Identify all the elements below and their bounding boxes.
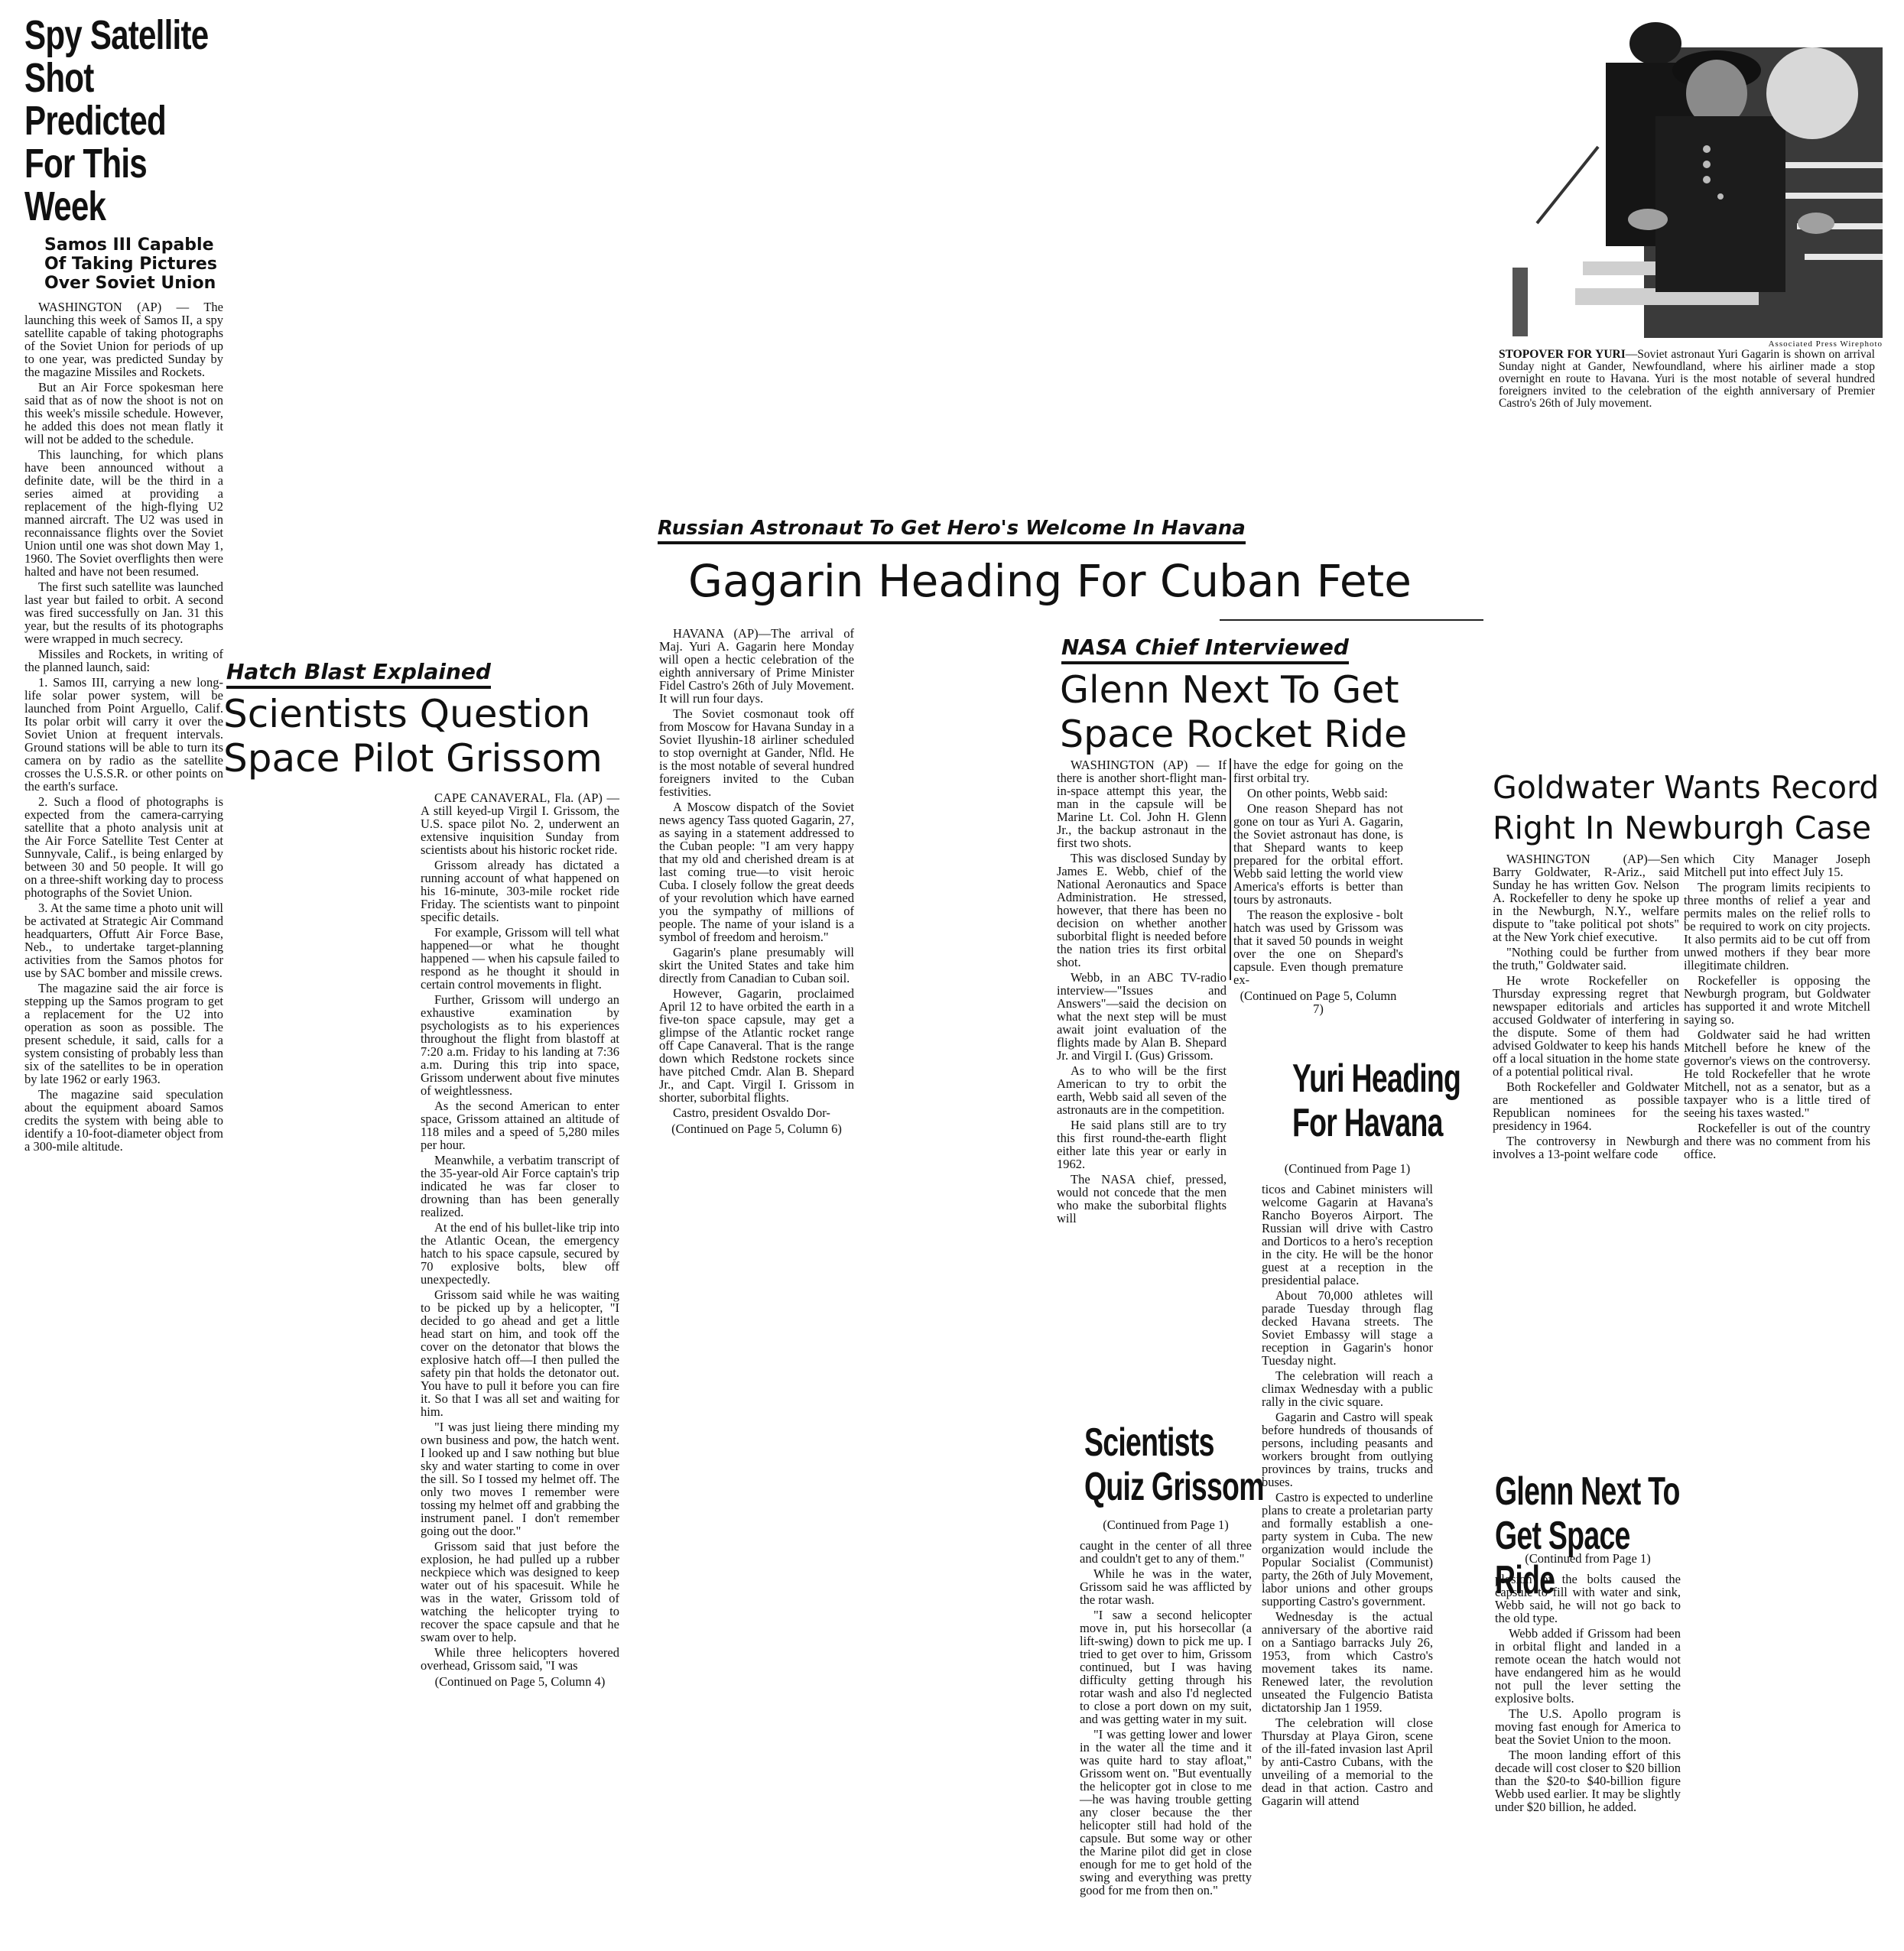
paragraph: At the end of his bullet-like trip into … — [421, 1221, 619, 1286]
paragraph: "I was getting lower and lower in the wa… — [1080, 1728, 1252, 1897]
headline-line: Yuri Heading — [1292, 1057, 1480, 1101]
paragraph: The moon landing effort of this decade w… — [1495, 1748, 1681, 1813]
article-glenn-headline: Glenn Next To Get Space Rocket Ride — [1060, 668, 1407, 757]
headline-line: Scientists Question — [223, 692, 603, 736]
paragraph: While he was in the water, Grissom said … — [1080, 1567, 1252, 1606]
headline-line: Quiz Grissom — [1084, 1465, 1272, 1509]
paragraph: The first such satellite was launched la… — [24, 580, 223, 645]
paragraph: "I was just lieing there minding my own … — [421, 1420, 619, 1537]
continued-from-line: (Continued from Page 1) — [1080, 1518, 1252, 1531]
paragraph: "Nothing could be further from the truth… — [1493, 946, 1679, 972]
paragraph: Rockefeller is out of the country and th… — [1684, 1122, 1870, 1161]
continued-line: (Continued on Page 5, Column 7) — [1233, 989, 1403, 1015]
paragraph: Wednesday is the actual anniversary of t… — [1262, 1610, 1433, 1714]
photo-image — [1506, 9, 1883, 338]
continued-line: (Continued on Page 5, Column 4) — [421, 1675, 619, 1688]
photo-gagarin-stairs — [1506, 9, 1883, 338]
paragraph: Castro, president Osvaldo Dor- — [659, 1106, 854, 1119]
headline-line: For Havana — [1292, 1101, 1480, 1145]
paragraph: Webb added if Grissom had been in orbita… — [1495, 1627, 1681, 1705]
paragraph: Missiles and Rockets, in writing of the … — [24, 648, 223, 674]
article-goldwater-headline: Goldwater Wants Record Right In Newburgh… — [1493, 768, 1879, 849]
photo-caption: STOPOVER FOR YURI—Soviet astronaut Yuri … — [1499, 349, 1875, 410]
headline: Spy Satellite Shot Predicted For This We… — [24, 14, 227, 228]
paragraph: WASHINGTON (AP)—Sen Barry Goldwater, R-A… — [1493, 852, 1679, 943]
headline-line: Goldwater Wants Record — [1493, 768, 1879, 808]
paragraph: Gagarin's plane presumably will skirt th… — [659, 946, 854, 985]
paragraph: While three helicopters hovered overhead… — [421, 1646, 619, 1672]
article-grissom-headline: Scientists Question Space Pilot Grissom — [223, 692, 603, 781]
article-quiz-headline: Scientists Quiz Grissom — [1084, 1420, 1272, 1509]
paragraph: A Moscow dispatch of the Soviet news age… — [659, 800, 854, 943]
paragraph: The celebration will close Thursday at P… — [1262, 1716, 1433, 1807]
paragraph: 3. At the same time a photo unit will be… — [24, 901, 223, 979]
subhead: Samos III Capable Of Taking Pictures Ove… — [44, 235, 223, 293]
headline-line: Right In Newburgh Case — [1493, 808, 1879, 849]
paragraph: This was disclosed Sunday by James E. We… — [1057, 852, 1227, 969]
subhead-line: Of Taking Pictures — [44, 255, 223, 274]
article-glenn-col1: WASHINGTON (AP) — If there is another sh… — [1057, 758, 1227, 1227]
photo-block: Associated Press Wirephoto STOPOVER FOR … — [1491, 9, 1900, 410]
subhead-line: Samos III Capable — [44, 235, 223, 255]
article-goldwater-col2: which City Manager Joseph Mitchell put i… — [1684, 852, 1870, 1163]
paragraph: 2. Such a flood of photographs is expect… — [24, 795, 223, 899]
article-quiz-body: (Continued from Page 1) caught in the ce… — [1080, 1518, 1252, 1899]
article-body: WASHINGTON (AP) — The launching this wee… — [24, 300, 223, 1153]
paragraph: WASHINGTON (AP) — If there is another sh… — [1057, 758, 1227, 849]
paragraph: Grissom already has dictated a running a… — [421, 859, 619, 924]
kicker: Hatch Blast Explained — [226, 659, 491, 689]
article-glenn-col2: have the edge for going on the first orb… — [1233, 758, 1403, 1015]
paragraph: HAVANA (AP)—The arrival of Maj. Yuri A. … — [659, 627, 854, 705]
paragraph: Meanwhile, a verbatim transcript of the … — [421, 1154, 619, 1219]
article-gagarin-body: HAVANA (AP)—The arrival of Maj. Yuri A. … — [659, 627, 854, 1135]
article-yuri-body: (Continued from Page 1) ticos and Cabine… — [1262, 1162, 1433, 1810]
headline-line: Space Rocket Ride — [1060, 713, 1407, 757]
headline-line: Spy Satellite — [24, 14, 227, 57]
paragraph: Goldwater said he had written Mitchell b… — [1684, 1028, 1870, 1119]
paragraph: CAPE CANAVERAL, Fla. (AP) —A still keyed… — [421, 791, 619, 856]
article-grissom-kicker: Hatch Blast Explained — [226, 659, 491, 689]
article-glenn-kicker: NASA Chief Interviewed — [1061, 635, 1349, 664]
kicker: Russian Astronaut To Get Hero's Welcome … — [658, 517, 1246, 544]
caption-lead: STOPOVER FOR YURI — [1499, 348, 1626, 361]
article-glenn-cont-body: (Continued from Page 1) plosion of the b… — [1495, 1552, 1681, 1816]
paragraph: have the edge for going on the first orb… — [1233, 758, 1403, 784]
paragraph: Both Rockefeller and Goldwater are menti… — [1493, 1080, 1679, 1132]
paragraph: which City Manager Joseph Mitchell put i… — [1684, 852, 1870, 878]
paragraph: The controversy in Newburgh involves a 1… — [1493, 1135, 1679, 1161]
paragraph: On other points, Webb said: — [1233, 787, 1403, 800]
paragraph: Grissom said while he was waiting to be … — [421, 1288, 619, 1418]
paragraph: The magazine said the air force is stepp… — [24, 982, 223, 1086]
paragraph: As to who will be the first American to … — [1057, 1064, 1227, 1116]
paragraph: He wrote Rockefeller on Thursday express… — [1493, 974, 1679, 1078]
paragraph: One reason Shepard has not gone on tour … — [1233, 802, 1403, 906]
paragraph: Further, Grissom will undergo an exhaust… — [421, 993, 619, 1097]
article-yuri-headline: Yuri Heading For Havana — [1292, 1057, 1480, 1145]
paragraph: The celebration will reach a climax Wedn… — [1262, 1369, 1433, 1408]
headline-rule — [1220, 619, 1483, 621]
article-gagarin-kicker: Russian Astronaut To Get Hero's Welcome … — [658, 517, 1246, 544]
paragraph: Castro is expected to underline plans to… — [1262, 1491, 1433, 1608]
paragraph: But an Air Force spokesman here said tha… — [24, 381, 223, 446]
continued-from-line: (Continued from Page 1) — [1262, 1162, 1433, 1175]
paragraph: plosion of the bolts caused the capsule … — [1495, 1573, 1681, 1625]
paragraph: Gagarin and Castro will speak before hun… — [1262, 1410, 1433, 1488]
paragraph: The program limits recipients to three m… — [1684, 881, 1870, 972]
article-goldwater-col1: WASHINGTON (AP)—Sen Barry Goldwater, R-A… — [1493, 852, 1679, 1163]
paragraph: For example, Grissom will tell what happ… — [421, 926, 619, 991]
paragraph: The reason the explosive - bolt hatch wa… — [1233, 908, 1403, 986]
paragraph: WASHINGTON (AP) — The launching this wee… — [24, 300, 223, 378]
paragraph: However, Gagarin, proclaimed April 12 to… — [659, 987, 854, 1104]
article-spy-satellite: Spy Satellite Shot Predicted For This We… — [24, 14, 223, 1155]
paragraph: Rockefeller is opposing the Newburgh pro… — [1684, 974, 1870, 1026]
paragraph: He said plans still are to try this firs… — [1057, 1118, 1227, 1170]
paragraph: Webb, in an ABC TV-radio interview—"Issu… — [1057, 971, 1227, 1062]
subhead-line: Over Soviet Union — [44, 274, 223, 293]
headline-line: Glenn Next To Get — [1060, 668, 1407, 713]
paragraph: ticos and Cabinet ministers will welcome… — [1262, 1183, 1433, 1287]
continued-line: (Continued on Page 5, Column 6) — [659, 1122, 854, 1135]
kicker: NASA Chief Interviewed — [1061, 635, 1349, 664]
paragraph: The magazine said speculation about the … — [24, 1088, 223, 1153]
paragraph: 1. Samos III, carrying a new long-life s… — [24, 676, 223, 793]
article-grissom-body: CAPE CANAVERAL, Fla. (AP) —A still keyed… — [421, 791, 619, 1688]
paragraph: This launching, for which plans have bee… — [24, 448, 223, 578]
paragraph: The NASA chief, pressed, would not conce… — [1057, 1173, 1227, 1225]
headline-line: Glenn Next To — [1495, 1469, 1682, 1514]
paragraph: The Soviet cosmonaut took off from Mosco… — [659, 707, 854, 798]
headline-line: Shot Predicted — [24, 57, 227, 142]
paragraph: Grissom said that just before the explos… — [421, 1540, 619, 1644]
paragraph: caught in the center of all three and co… — [1080, 1539, 1252, 1565]
headline-line: Scientists — [1084, 1420, 1272, 1465]
paragraph: As the second American to enter space, G… — [421, 1099, 619, 1151]
continued-from-line: (Continued from Page 1) — [1495, 1552, 1681, 1565]
column-rule — [1230, 758, 1231, 980]
paragraph: "I saw a second helicopter move in, put … — [1080, 1609, 1252, 1725]
article-gagarin-headline: Gagarin Heading For Cuban Fete — [688, 557, 1412, 605]
paragraph: About 70,000 athletes will parade Tuesda… — [1262, 1289, 1433, 1367]
paragraph: The U.S. Apollo program is moving fast e… — [1495, 1707, 1681, 1746]
headline-line: Space Pilot Grissom — [223, 736, 603, 781]
headline-line: For This Week — [24, 142, 227, 228]
